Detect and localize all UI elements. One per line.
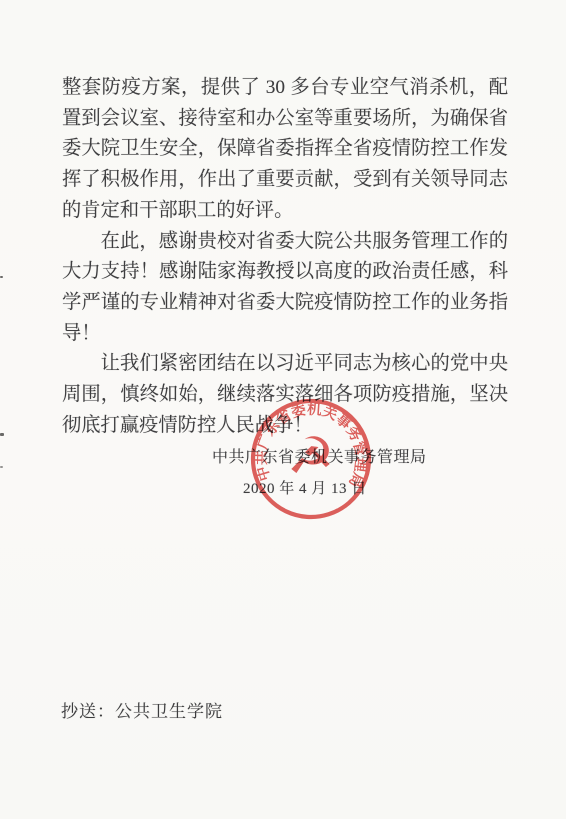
paragraph-thanks: 在此，感谢贵校对省委大院公共服务管理工作的大力支持！感谢陆家海教授以高度的政治责… xyxy=(62,227,508,350)
copy-to-line: 抄送：公共卫生学院 xyxy=(61,697,223,722)
scanned-document-page: 整套防疫方案，提供了 30 多台专业空气消杀机，配置到会议室、接待室和办公室等重… xyxy=(0,0,566,819)
official-seal: 中共广东省委机关事务管理局 ☭ xyxy=(244,392,378,526)
scan-speck xyxy=(0,276,3,278)
hammer-and-sickle-icon: ☭ xyxy=(286,425,337,488)
scan-speck xyxy=(0,466,3,468)
paragraph-continuation: 整套防疫方案，提供了 30 多台专业空气消杀机，配置到会议室、接待室和办公室等重… xyxy=(62,73,508,227)
letter-body: 整套防疫方案，提供了 30 多台专业空气消杀机，配置到会议室、接待室和办公室等重… xyxy=(62,73,508,441)
scan-speck xyxy=(0,433,4,436)
